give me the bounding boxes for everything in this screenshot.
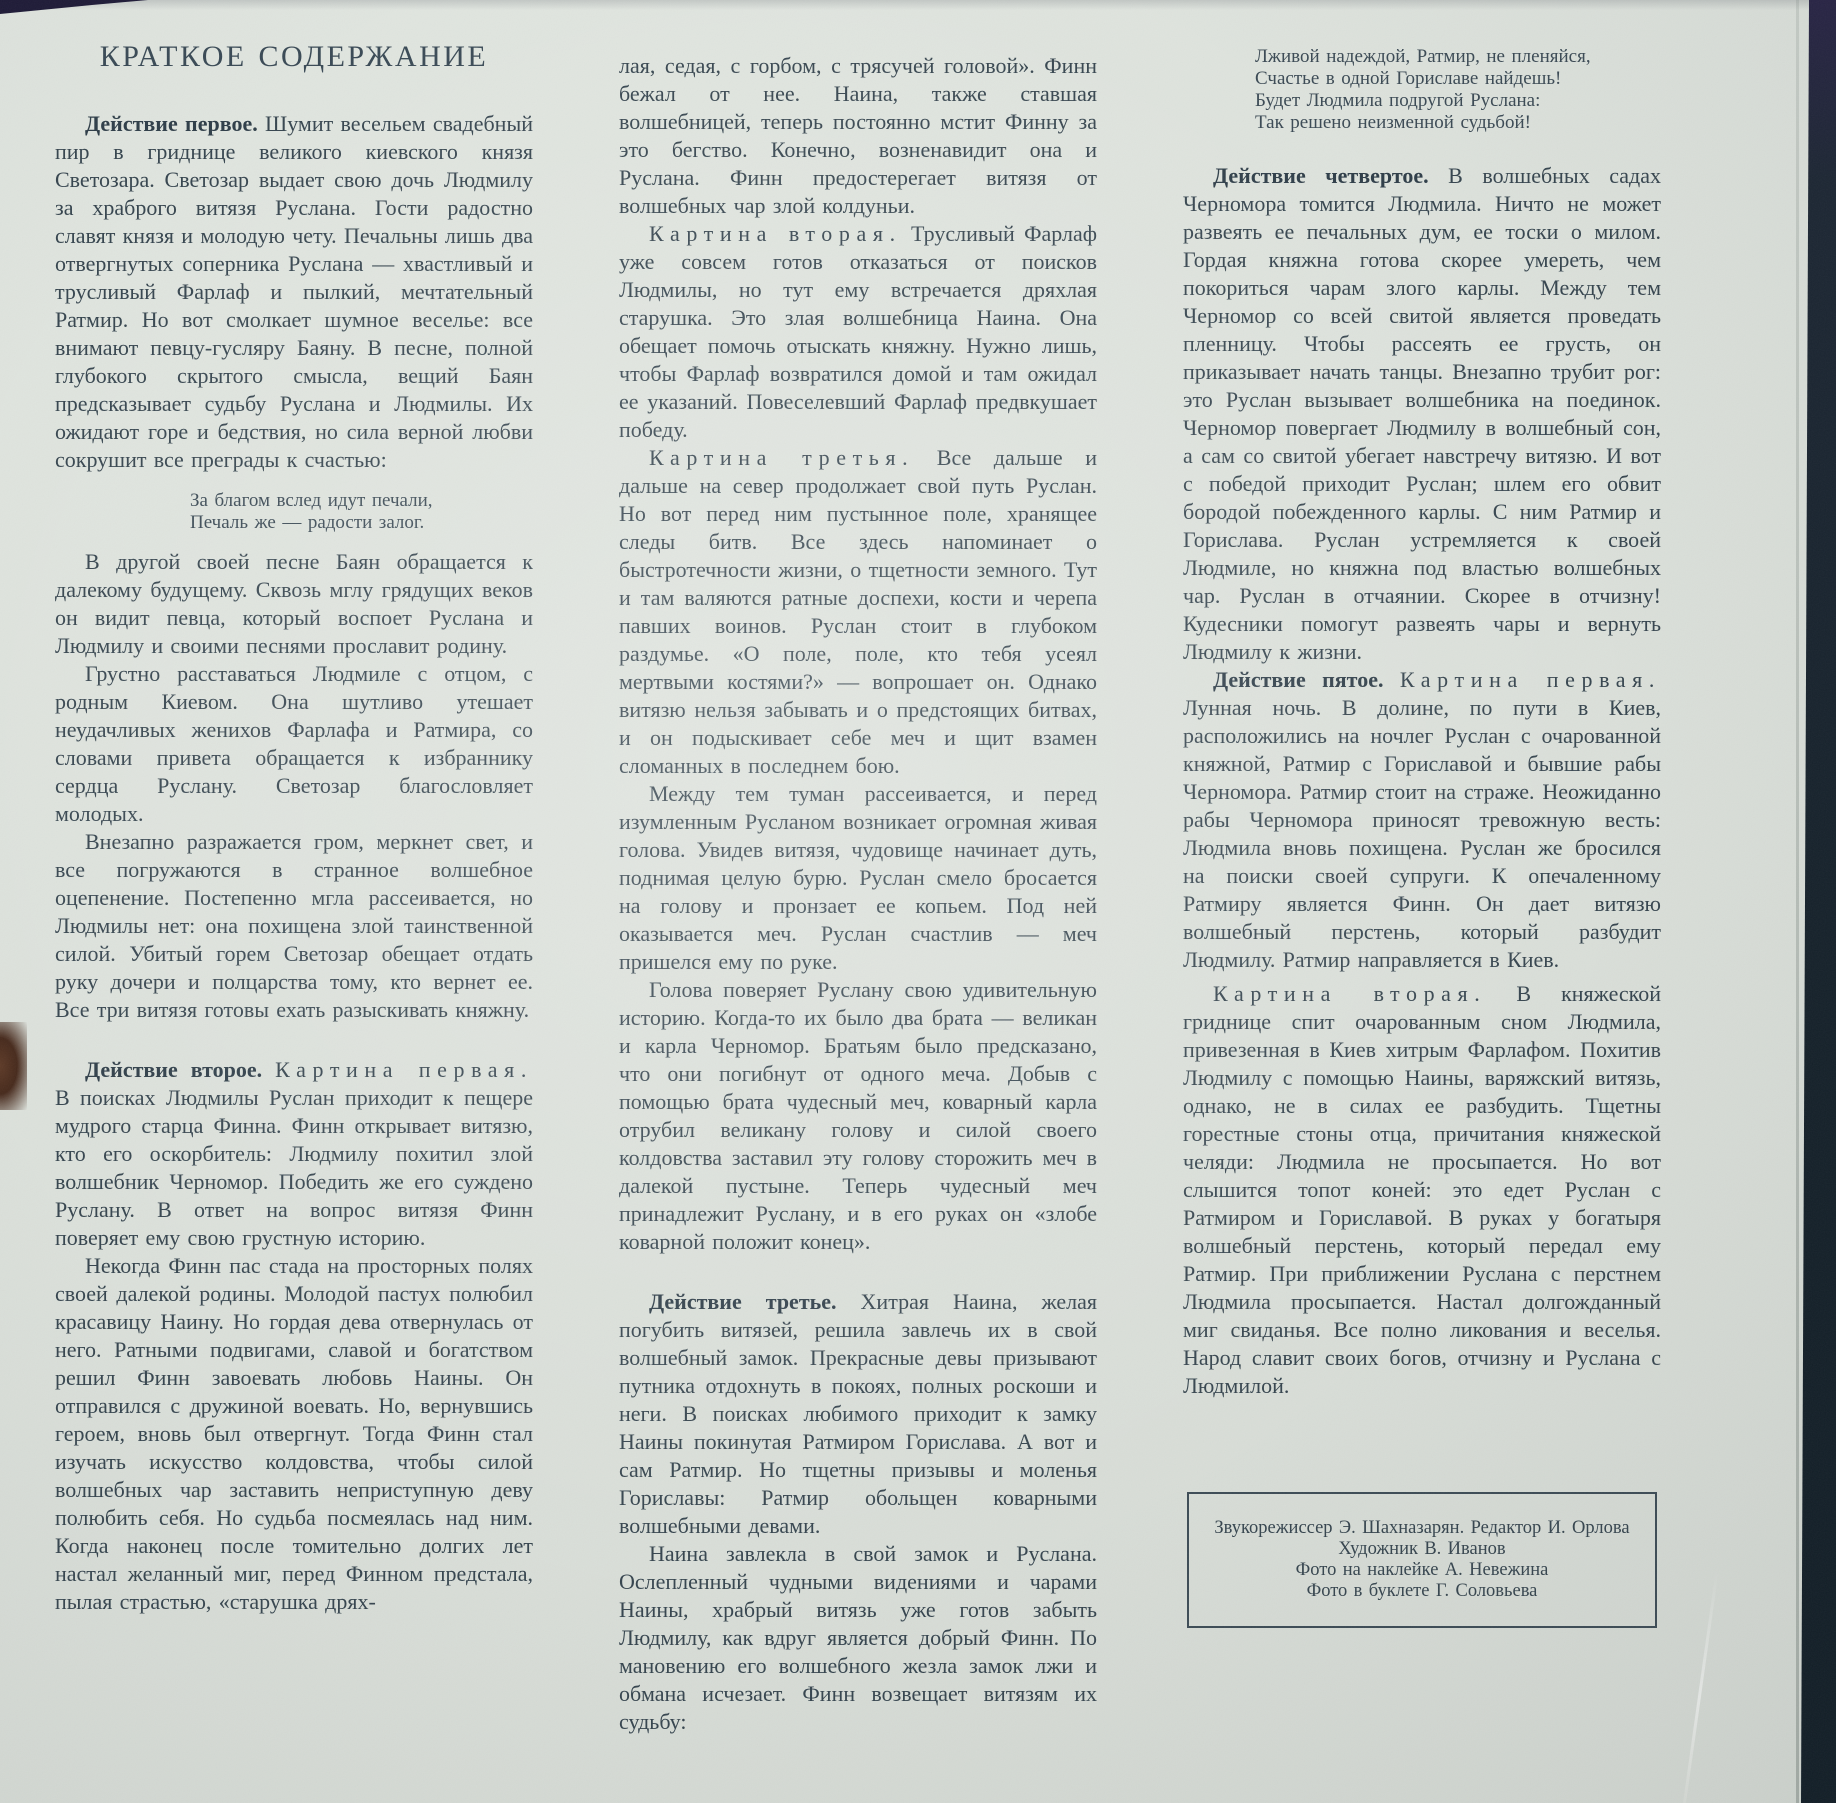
bayan-second-song-paragraph: В другой своей песне Баян обращается к д… <box>55 548 533 660</box>
act5-scene2-heading: Картина вторая. <box>1213 981 1486 1006</box>
top-edge-shadow <box>0 0 1836 10</box>
act2-scene1-text: В поисках Людмилы Руслан приходит к пеще… <box>55 1085 533 1250</box>
head-story-paragraph: Голова поверяет Руслану свою удивительну… <box>619 976 1097 1256</box>
act5-scene1-text: Лунная ночь. В долине, по пути в Киев, р… <box>1183 695 1661 972</box>
finn-verse-line-3: Будет Людмила подругой Руслана: <box>1255 90 1661 112</box>
credits-line-sound-engineer: Звукорежиссер Э. Шахназарян. Редактор И.… <box>1201 1518 1643 1539</box>
act5-heading: Действие пятое. <box>1213 667 1383 692</box>
act3-paragraph: Действие третье. Хитрая Наина, желая пог… <box>619 1288 1097 1540</box>
act1-heading: Действие первое. <box>85 111 258 136</box>
act5-scene2-paragraph: Картина вторая. В княжеской гриднице спи… <box>1183 980 1661 1400</box>
right-page-edge <box>1796 0 1836 1803</box>
summary-text-block: КРАТКОЕ СОДЕРЖАНИЕ Действие первое. Шуми… <box>55 0 1661 1736</box>
finn-verse-line-1: Лживой надеждой, Ратмир, не пленяйся, <box>1255 46 1661 68</box>
credits-line-label-photo: Фото на наклейке А. Невежина <box>1201 1560 1643 1581</box>
finn-verse-line-4: Так решено неизменной судьбой! <box>1255 112 1661 134</box>
credits-line-artist: Художник В. Иванов <box>1201 1539 1643 1560</box>
act4-heading: Действие четвертое. <box>1213 163 1429 188</box>
act5-scene1-heading: Картина первая. <box>1400 667 1661 692</box>
act1-text: Шумит весельем свадебный пир в гриднице … <box>55 111 533 472</box>
naina-castle-paragraph: Наина завлекла в свой замок и Руслана. О… <box>619 1540 1097 1736</box>
act1-paragraph: Действие первое. Шумит весельем свадебны… <box>55 110 533 474</box>
act2-scene3-heading: Картина третья. <box>649 445 914 470</box>
lyudmila-farewell-paragraph: Грустно расставаться Людмиле с отцом, с … <box>55 660 533 828</box>
act4-paragraph: Действие четвертое. В волшебных садах Че… <box>1183 162 1661 666</box>
column-2: лая, седая, с горбом, с трясучей головой… <box>619 0 1097 1736</box>
credits-line-booklet-photo: Фото в буклете Г. Соловьева <box>1201 1581 1643 1602</box>
page-edge-shadow-line <box>1796 0 1799 1803</box>
left-edge-stain <box>0 1022 27 1110</box>
abduction-paragraph: Внезапно разражается гром, меркнет свет,… <box>55 828 533 1024</box>
bayan-verse: За благом вслед идут печали, Печаль же —… <box>190 490 533 534</box>
act5-scene2-text: В княжеской гриднице спит очарованным сн… <box>1183 981 1661 1398</box>
bottom-right-crease <box>1683 1570 1719 1803</box>
act3-text: Хитрая Наина, желая погубить витязей, ре… <box>619 1289 1097 1538</box>
record-sleeve-back-scan: КРАТКОЕ СОДЕРЖАНИЕ Действие первое. Шуми… <box>0 0 1836 1803</box>
credits-box: Звукорежиссер Э. Шахназарян. Редактор И.… <box>1187 1492 1657 1628</box>
finn-story-paragraph: Некогда Финн пас стада на просторных пол… <box>55 1252 533 1616</box>
column-3: Лживой надеждой, Ратмир, не пленяйся, Сч… <box>1183 0 1661 1736</box>
bayan-verse-line-1: За благом вслед идут печали, <box>190 490 533 512</box>
act3-heading: Действие третье. <box>649 1289 837 1314</box>
act5-scene1-paragraph: Действие пятое. Картина первая. Лунная н… <box>1183 666 1661 974</box>
act2-scene2-heading: Картина вторая. <box>649 221 902 246</box>
act2-heading: Действие второе. <box>85 1057 262 1082</box>
act2-scene1-heading: Картина первая. <box>275 1057 533 1082</box>
page-title: КРАТКОЕ СОДЕРЖАНИЕ <box>55 40 533 74</box>
column-1: КРАТКОЕ СОДЕРЖАНИЕ Действие первое. Шуми… <box>55 0 533 1736</box>
act2-scene2-text: Трусливый Фарлаф уже совсем готов отказа… <box>619 221 1097 442</box>
act2-scene3-paragraph: Картина третья. Все дальше и дальше на с… <box>619 444 1097 780</box>
giant-head-paragraph: Между тем туман рассеивается, и перед из… <box>619 780 1097 976</box>
act4-text: В волшебных садах Черномора томится Людм… <box>1183 163 1661 664</box>
bayan-verse-line-2: Печаль же — радости залог. <box>190 512 533 534</box>
finn-verse-line-2: Счастье в одной Гориславе найдешь! <box>1255 68 1661 90</box>
act2-scene3-text: Все дальше и дальше на север продолжает … <box>619 445 1097 778</box>
finn-story-continuation-paragraph: лая, седая, с горбом, с трясучей головой… <box>619 52 1097 220</box>
finn-prophecy-verse: Лживой надеждой, Ратмир, не пленяйся, Сч… <box>1255 46 1661 134</box>
act2-scene2-paragraph: Картина вторая. Трусливый Фарлаф уже сов… <box>619 220 1097 444</box>
act2-scene1-paragraph: Действие второе. Картина первая. В поиск… <box>55 1056 533 1252</box>
